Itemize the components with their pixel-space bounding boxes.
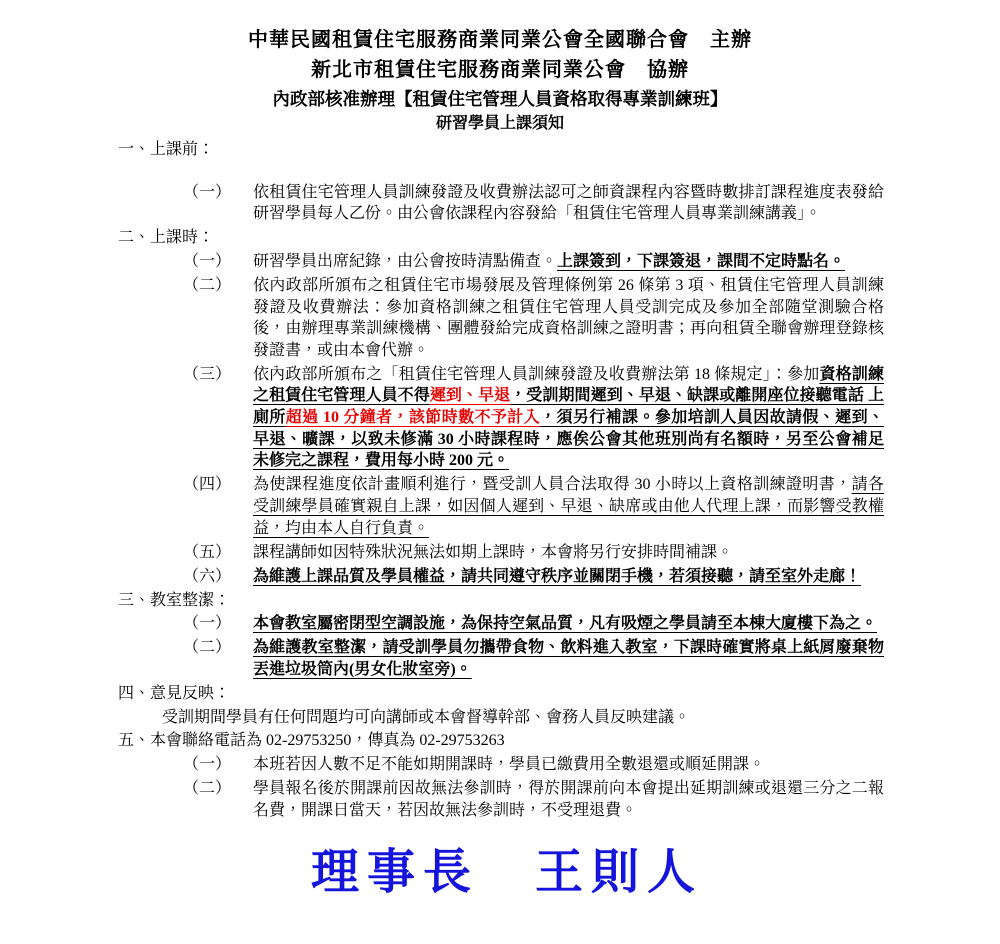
highlighted-red-text: 超過 10 分鐘者，該節時數不予計入 [286, 409, 540, 426]
section-3: 三、教室整潔：（一）本會教室屬密閉型空調設施，為保持空氣品質，凡有吸煙之學員請至… [118, 590, 884, 681]
item-text: 本會教室屬密閉型空調設施，為保持空氣品質，凡有吸煙之學員請至本棟大廈樓下為之。 [253, 613, 884, 635]
item-text: 為維護教室整潔，請受訓學員勿攜帶食物、飲料進入教室，下課時確實將桌上紙屑廢棄物丟… [253, 637, 884, 680]
item-marker: （三） [183, 364, 253, 472]
document-page: 中華民國租賃住宅服務商業同業公會全國聯合會 主辦 新北市租賃住宅服務商業同業公會… [0, 0, 1000, 944]
list-item: （一）依租賃住宅管理人員訓練發證及收費辦法認可之師資課程內容暨時數排訂課程進度表… [183, 182, 884, 225]
body-text: 研習學員出席紀錄，由公會按時清點備查。 [253, 253, 557, 270]
list-item: （二）為維護教室整潔，請受訓學員勿攜帶食物、飲料進入教室，下課時確實將桌上紙屑廢… [183, 637, 884, 680]
section-5: 五、本會聯絡電話為 02-29753250，傳真為 02-29753263（一）… [118, 730, 884, 821]
body-text: 學員報名後於開課前因故無法參訓時，得於開課前向本會提出延期訓練或退還三分之二報名… [253, 780, 884, 819]
item-text: 為維護上課品質及學員權益，請共同遵守秩序並關閉手機，若須接聽，請至室外走廊！ [253, 566, 884, 588]
item-text: 課程講師如因特殊狀況無法如期上課時，本會將另行安排時間補課。 [253, 542, 884, 564]
item-marker: （一） [183, 613, 253, 635]
document-header: 中華民國租賃住宅服務商業同業公會全國聯合會 主辦 新北市租賃住宅服務商業同業公會… [0, 0, 1000, 136]
item-text: 依內政部所頒布之租賃住宅市場發展及管理條例第 26 條第 3 項、租賃住宅管理人… [253, 275, 884, 361]
section-heading: 五、本會聯絡電話為 02-29753250，傳真為 02-29753263 [118, 730, 884, 752]
item-marker: （二） [183, 637, 253, 680]
body-text: 依內政部所頒布之租賃住宅市場發展及管理條例第 26 條第 3 項、租賃住宅管理人… [253, 277, 884, 359]
section-1: 一、上課前：（一）依租賃住宅管理人員訓練發證及收費辦法認可之師資課程內容暨時數排… [118, 139, 884, 225]
section-heading: 三、教室整潔： [118, 590, 884, 612]
section-2: 二、上課時：（一）研習學員出席紀錄，由公會按時清點備查。上課簽到，下課簽退，課間… [118, 227, 884, 587]
list-item: （四）為使課程進度依計畫順利進行，暨受訓人員合法取得 30 小時以上資格訓練證明… [183, 474, 884, 539]
item-text: 研習學員出席紀錄，由公會按時清點備查。上課簽到，下課簽退，課間不定時點名。 [253, 251, 884, 273]
list-item: （六）為維護上課品質及學員權益，請共同遵守秩序並關閉手機，若須接聽，請至室外走廊… [183, 566, 884, 588]
document-body: 一、上課前：（一）依租賃住宅管理人員訓練發證及收費辦法認可之師資課程內容暨時數排… [118, 139, 884, 821]
item-text: 學員報名後於開課前因故無法參訓時，得於開課前向本會提出延期訓練或退還三分之二報名… [253, 778, 884, 821]
list-item: （五）課程講師如因特殊狀況無法如期上課時，本會將另行安排時間補課。 [183, 542, 884, 564]
item-marker: （六） [183, 566, 253, 588]
highlighted-red-text: 遲到、早退 [430, 387, 510, 404]
item-text: 為使課程進度依計畫順利進行，暨受訓人員合法取得 30 小時以上資格訓練證明書，請… [253, 474, 884, 539]
underlined-text: 為維護教室整潔，請受訓學員勿攜帶食物、飲料進入教室，下課時確實將桌上紙屑廢棄物丟… [253, 639, 884, 678]
body-text: 為使課程進度依計畫順利進行，暨受訓人員合法取得 30 小時以上資格訓練證明書， [253, 476, 852, 493]
body-text: 依租賃住宅管理人員訓練發證及收費辦法認可之師資課程內容暨時數排訂課程進度表發給研… [253, 184, 884, 223]
item-marker: （五） [183, 542, 253, 564]
list-item: （二）學員報名後於開課前因故無法參訓時，得於開課前向本會提出延期訓練或退還三分之… [183, 778, 884, 821]
section-heading: 一、上課前： [118, 139, 884, 161]
item-marker: （一） [183, 251, 253, 273]
list-item: （二）依內政部所頒布之租賃住宅市場發展及管理條例第 26 條第 3 項、租賃住宅… [183, 275, 884, 361]
list-item: （一）本會教室屬密閉型空調設施，為保持空氣品質，凡有吸煙之學員請至本棟大廈樓下為… [183, 613, 884, 635]
item-text: 依內政部所頒布之「租賃住宅管理人員訓練發證及收費辦法第 18 條規定」：參加資格… [253, 364, 884, 472]
chairman-signature: 理事長 王則人 [0, 843, 1000, 903]
list-item: （一）研習學員出席紀錄，由公會按時清點備查。上課簽到，下課簽退，課間不定時點名。 [183, 251, 884, 273]
item-marker: （一） [183, 754, 253, 776]
section-paragraph: 受訓期間學員有任何問題均可向講師或本會督導幹部、會務人員反映建議。 [162, 707, 884, 729]
section-4: 四、意見反映：受訓期間學員有任何問題均可向講師或本會督導幹部、會務人員反映建議。 [118, 683, 884, 728]
co-organizer-line: 新北市租賃住宅服務商業同業公會 協辦 [0, 56, 1000, 84]
body-text: 課程講師如因特殊狀況無法如期上課時，本會將另行安排時間補課。 [253, 544, 733, 561]
body-text: 本班若因人數不足不能如期開課時，學員已繳費用全數退還或順延開課。 [253, 756, 765, 773]
body-text: 依內政部所頒布之「租賃住宅管理人員訓練發證及收費辦法第 18 條規定」：參加 [253, 366, 819, 383]
list-item: （三）依內政部所頒布之「租賃住宅管理人員訓練發證及收費辦法第 18 條規定」：參… [183, 364, 884, 472]
approval-line: 內政部核准辦理【租賃住宅管理人員資格取得專業訓練班】 [0, 86, 1000, 112]
item-marker: （四） [183, 474, 253, 539]
item-marker: （二） [183, 275, 253, 361]
notice-title: 研習學員上課須知 [0, 112, 1000, 136]
section-heading: 二、上課時： [118, 227, 884, 249]
item-marker: （二） [183, 778, 253, 821]
organizer-line: 中華民國租賃住宅服務商業同業公會全國聯合會 主辦 [0, 26, 1000, 54]
underlined-text: 本會教室屬密閉型空調設施，為保持空氣品質，凡有吸煙之學員請至本棟大廈樓下為之。 [253, 615, 877, 632]
item-text: 依租賃住宅管理人員訓練發證及收費辦法認可之師資課程內容暨時數排訂課程進度表發給研… [253, 182, 884, 225]
underlined-text: 上課簽到，下課簽退，課間不定時點名。 [557, 253, 845, 270]
section-heading: 四、意見反映： [118, 683, 884, 705]
item-marker: （一） [183, 182, 253, 225]
underlined-text: 為維護上課品質及學員權益，請共同遵守秩序並關閉手機，若須接聽，請至室外走廊！ [253, 568, 861, 585]
list-item: （一）本班若因人數不足不能如期開課時，學員已繳費用全數退還或順延開課。 [183, 754, 884, 776]
item-text: 本班若因人數不足不能如期開課時，學員已繳費用全數退還或順延開課。 [253, 754, 884, 776]
